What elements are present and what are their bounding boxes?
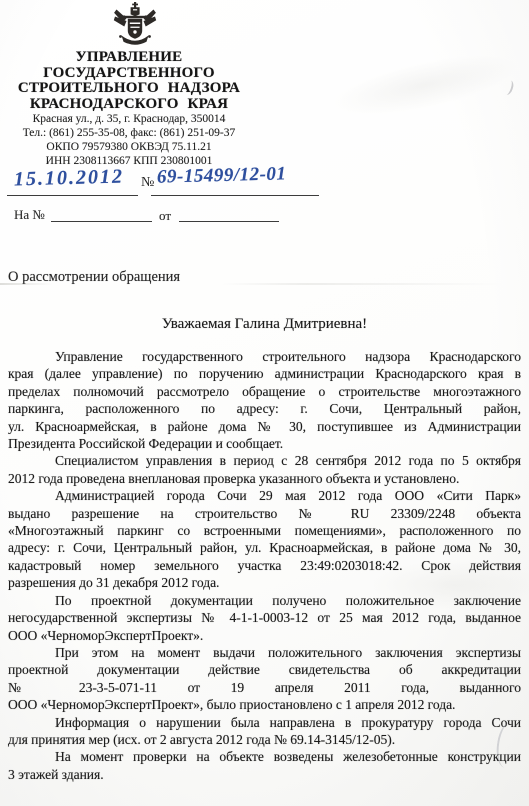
reply-date-underline: [179, 221, 279, 222]
org-name-line: КРАСНОДАРСКОГО КРАЯ: [0, 97, 258, 113]
org-name-line: СТРОИТЕЛЬНОГО НАДЗОРА: [0, 81, 258, 97]
org-address-line: ОКПО 79579380 ОКВЭД 75.11.21: [0, 141, 258, 155]
reply-to-number-label: На №: [14, 207, 45, 223]
body-paragraph: Специалистом управления в период с 28 се…: [8, 452, 521, 487]
body-line: адресу: г. Сочи, Центральный район, ул. …: [8, 539, 521, 556]
number-sign: №: [141, 175, 154, 191]
org-name: УПРАВЛЕНИЕГОСУДАРСТВЕННОГОСТРОИТЕЛЬНОГО …: [0, 50, 258, 112]
body-line: проектной документации действие свидетел…: [8, 661, 521, 678]
body-line: № 23-3-5-071-11 от 19 апреля 2011 года, …: [8, 679, 521, 696]
body-line: «Многоэтажный паркинг со встроенными пом…: [8, 522, 521, 539]
body-paragraph: По проектной документации получено полож…: [8, 592, 521, 644]
body-line: Администрацией города Сочи 29 мая 2012 г…: [8, 487, 521, 504]
salutation: Уважаемая Галина Дмитриевна!: [8, 316, 521, 333]
subject-line: О рассмотрении обращения: [8, 269, 180, 286]
scanned-letter-page: УПРАВЛЕНИЕГОСУДАРСТВЕННОГОСТРОИТЕЛЬНОГО …: [0, 0, 529, 806]
body-paragraph: Управление государственного строительног…: [8, 348, 521, 452]
date-underline: [7, 195, 138, 196]
org-address: Красная ул., д. 35, г. Краснодар, 350014…: [0, 113, 258, 169]
body-line: выдано разрешение на строительство № RU …: [8, 505, 521, 522]
body-line: разрешения до 31 декабря 2012 года.: [8, 574, 521, 591]
body-line: ООО «ЧерноморЭкспертПроект».: [8, 627, 521, 644]
handwritten-date: 15.10.2012: [14, 166, 125, 192]
body-paragraph: При этом на момент выдачи положительного…: [8, 644, 521, 714]
body-line: По проектной документации получено полож…: [8, 592, 521, 609]
body-line: негосударственной экспертизы № 4-1-1-000…: [8, 609, 521, 626]
body-paragraph: На момент проверки на объекте возведены …: [8, 748, 521, 783]
body-line: паркинга, расположенного по адресу: г. С…: [8, 400, 521, 417]
scan-artifact: [502, 79, 515, 96]
body-line: для принятия мер (исх. от 2 августа 2012…: [8, 731, 521, 748]
org-address-line: Тел.: (861) 255-35-08, факс: (861) 251-0…: [0, 127, 258, 141]
org-name-line: УПРАВЛЕНИЕ: [0, 50, 258, 66]
body-line: ООО «ЧерноморЭкспертПроект», было приост…: [8, 696, 521, 713]
reply-from-label: от: [159, 208, 171, 224]
handwritten-outgoing-number: 69-15499/12-01: [157, 163, 287, 188]
reply-number-underline: [51, 221, 152, 222]
body-line: 3 этажей здания.: [8, 766, 521, 783]
letter-body: Управление государственного строительног…: [8, 348, 521, 783]
org-name-line: ГОСУДАРСТВЕННОГО: [0, 66, 258, 82]
body-line: Специалистом управления в период с 28 се…: [8, 452, 521, 469]
body-paragraph: Информация о нарушении была направлена в…: [8, 714, 521, 749]
body-line: На момент проверки на объекте возведены …: [8, 748, 521, 765]
body-line: Информация о нарушении была направлена в…: [8, 714, 521, 731]
body-line: 2012 года проведена внеплановая проверка…: [8, 470, 521, 487]
body-line: кадастровый номер земельного участка 23:…: [8, 557, 521, 574]
body-line: При этом на момент выдачи положительного…: [8, 644, 521, 661]
org-address-line: Красная ул., д. 35, г. Краснодар, 350014: [0, 113, 258, 127]
body-line: Президента Российской Федерации и сообща…: [8, 435, 521, 452]
body-line: края (далее управление) по поручению адм…: [8, 365, 521, 382]
body-line: пределах полномочий рассмотрело обращени…: [8, 383, 521, 400]
body-paragraph: Администрацией города Сочи 29 мая 2012 г…: [8, 487, 521, 591]
body-line: Управление государственного строительног…: [8, 348, 521, 365]
scan-artifact: [327, 43, 522, 127]
body-line: ул. Красноармейская, в районе дома № 30,…: [8, 418, 521, 435]
krasnodar-coat-of-arms-icon: [112, 2, 158, 47]
number-underline: [151, 195, 319, 196]
